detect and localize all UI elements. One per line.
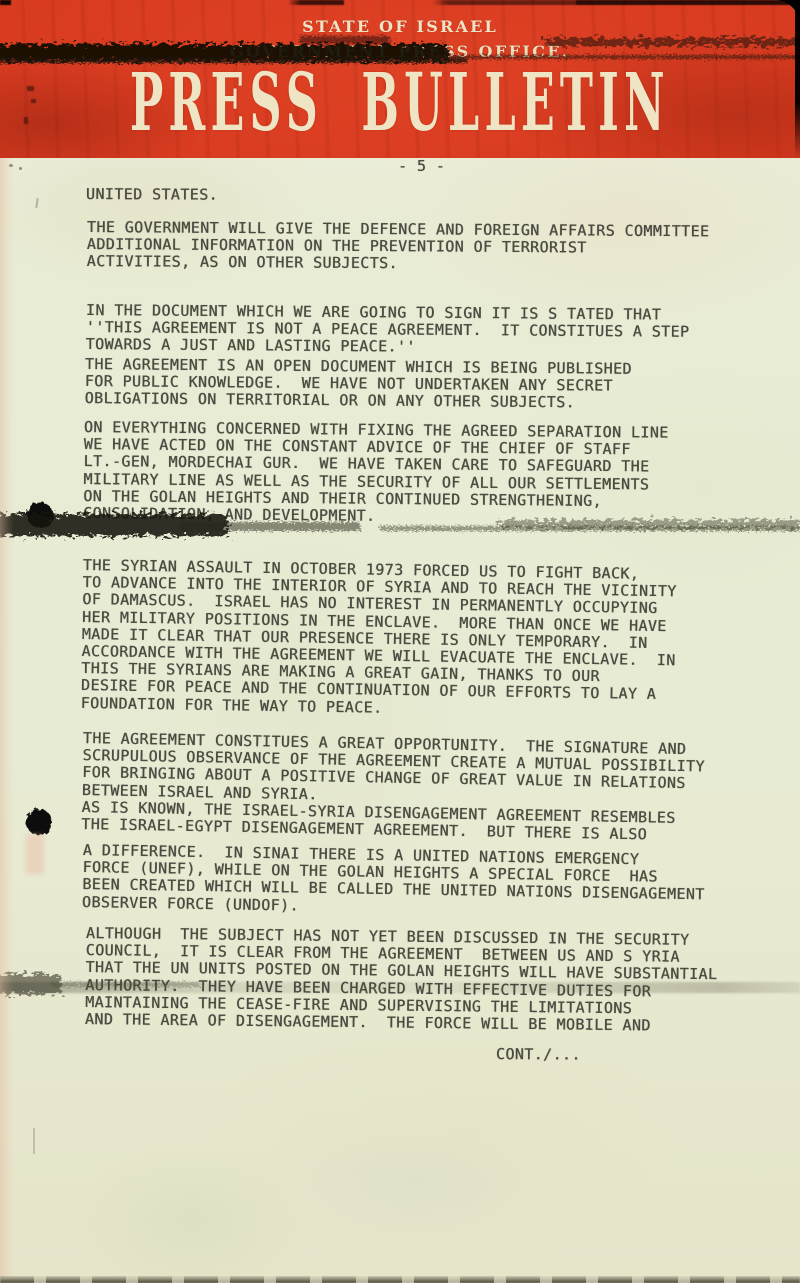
paragraph: THE SYRIAN ASSAULT IN OCTOBER 1973 FORCE… [81, 557, 677, 721]
pink-stain [26, 834, 44, 874]
pencil-tick [35, 198, 38, 208]
paragraph: THE AGREEMENT IS AN OPEN DOCUMENT WHICH … [85, 356, 632, 412]
scanned-press-bulletin-page: STATE OF ISRAEL GOVERNMENT PRESS OFFICE.… [0, 0, 800, 1283]
paragraph: A DIFFERENCE. IN SINAI THERE IS A UNITED… [82, 842, 705, 921]
paragraph: THE GOVERNMENT WILL GIVE THE DEFENCE AND… [87, 219, 710, 275]
ink-smudge-band-top [0, 28, 800, 76]
ink-mark [31, 99, 36, 103]
continuation-marker: CONT./... [496, 1046, 581, 1064]
masthead-banner: STATE OF ISRAEL GOVERNMENT PRESS OFFICE.… [0, 0, 800, 158]
ink-smudge-band-middle [0, 496, 800, 551]
paragraph: THE AGREEMENT CONSTITUES A GREAT OPPORTU… [81, 730, 705, 845]
ink-mark [24, 117, 28, 124]
ink-mark [27, 86, 34, 91]
faint-smear-line [0, 982, 800, 993]
top-edge-shadow [0, 0, 800, 5]
left-edge-tint [0, 158, 14, 1278]
paragraph: IN THE DOCUMENT WHICH WE ARE GOING TO SI… [86, 302, 690, 358]
ink-speck [19, 167, 22, 170]
pencil-tick [33, 1128, 35, 1154]
section-heading: UNITED STATES. [86, 186, 218, 204]
right-edge-shadow [795, 0, 800, 158]
page-number: - 5 - [398, 158, 445, 175]
bottom-edge-shadow [0, 1276, 800, 1283]
paper-sheet: STATE OF ISRAEL GOVERNMENT PRESS OFFICE.… [0, 0, 800, 1283]
